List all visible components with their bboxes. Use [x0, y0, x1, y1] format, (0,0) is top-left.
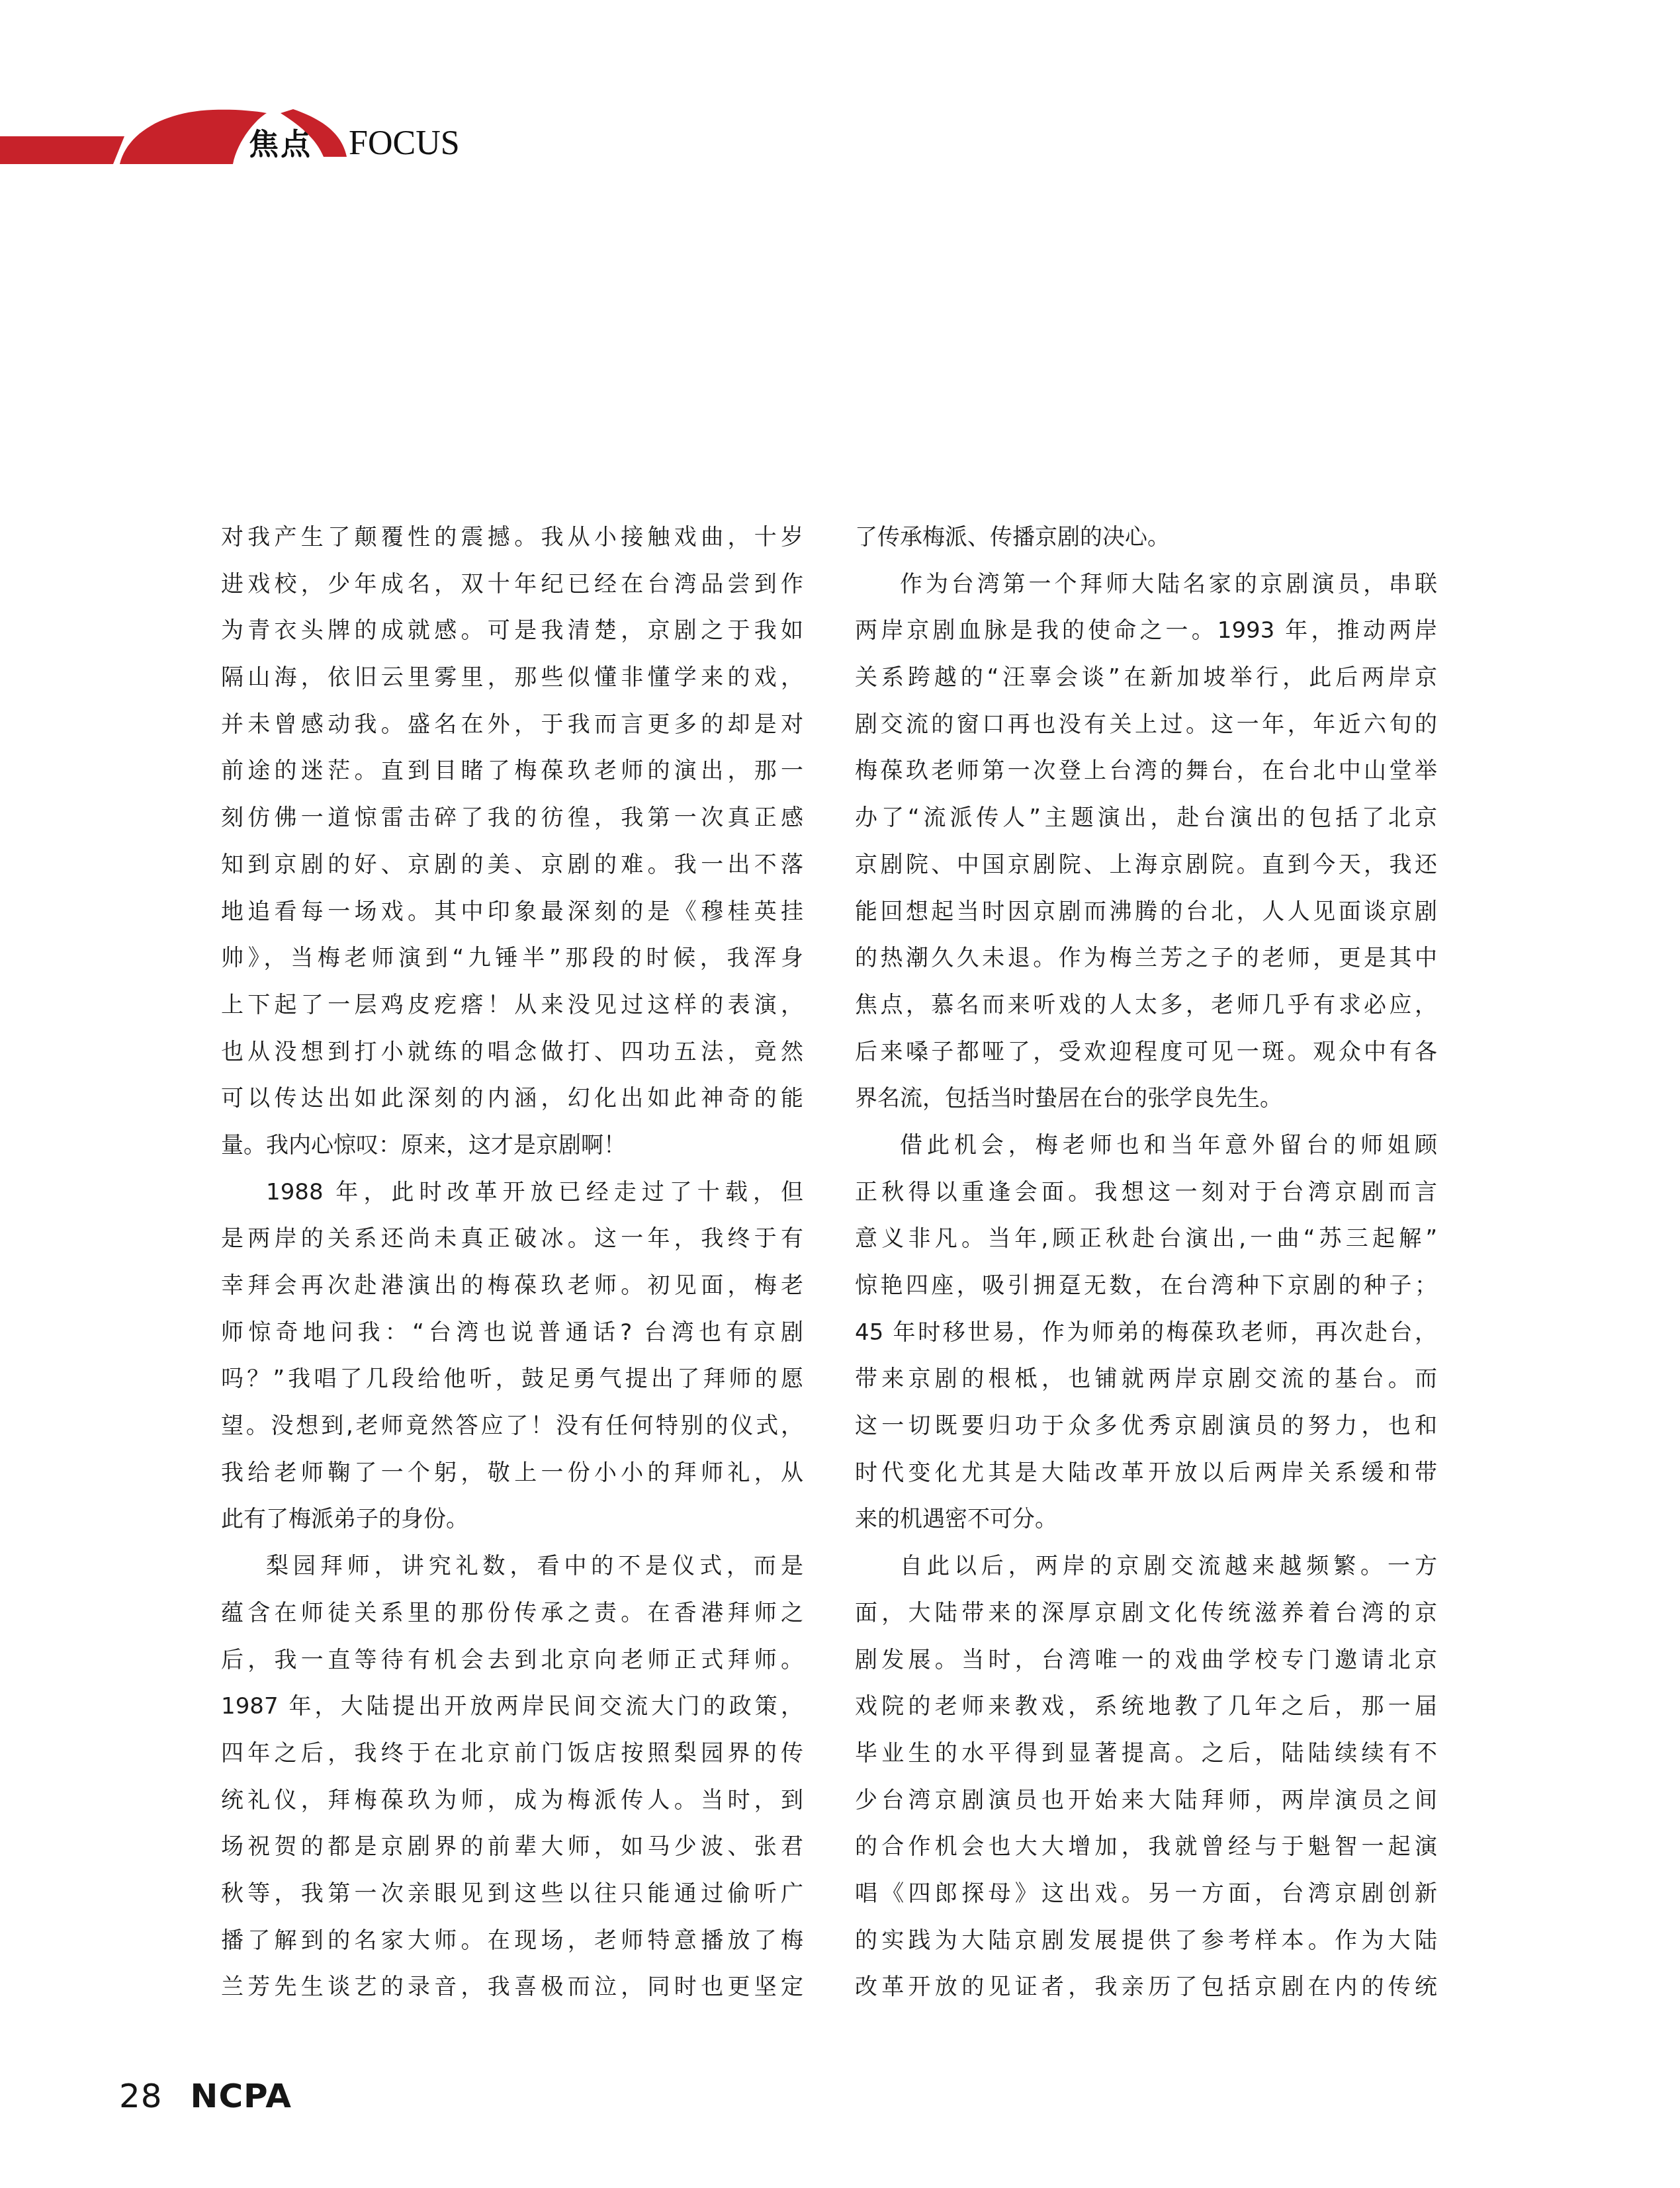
text-line: 知到京剧的好、京剧的美、京剧的难。我一出不落: [221, 842, 803, 889]
text-line: 对我产生了颠覆性的震撼。我从小接触戏曲，十岁: [221, 514, 803, 561]
text-line: 此有了梅派弟子的身份。: [221, 1496, 803, 1543]
text-line: 刻仿佛一道惊雷击碎了我的彷徨，我第一次真正感: [221, 795, 803, 842]
text-line: 也从没想到打小就练的唱念做打、四功五法，竟然: [221, 1029, 803, 1076]
text-line: 正秋得以重逢会面。我想这一刻对于台湾京剧而言: [855, 1169, 1437, 1216]
focus-banner-graphic: [0, 0, 1680, 212]
text-line: 可以传达出如此深刻的内涵，幻化出如此神奇的能: [221, 1075, 803, 1122]
text-line: 带来京剧的根柢，也铺就两岸京剧交流的基台。而: [855, 1356, 1437, 1403]
text-line: 少台湾京剧演员也开始来大陆拜师，两岸演员之间: [855, 1777, 1437, 1824]
text-line: 惊艳四座，吸引拥趸无数，在台湾种下京剧的种子；: [855, 1262, 1437, 1309]
text-line: 自此以后，两岸的京剧交流越来越频繁。一方: [855, 1543, 1437, 1590]
text-line: 改革开放的见证者，我亲历了包括京剧在内的传统: [855, 1964, 1437, 2011]
banner-red-bar: [0, 136, 124, 164]
text-line: 能回想起当时因京剧而沸腾的台北，人人见面谈京剧: [855, 889, 1437, 936]
text-line: 师惊奇地问我：“台湾也说普通话? 台湾也有京剧: [221, 1309, 803, 1356]
text-line: 播了解到的名家大师。在现场，老师特意播放了梅: [221, 1917, 803, 1964]
page-footer: 28 NCPA: [119, 2076, 292, 2116]
text-line: 京剧院、中国京剧院、上海京剧院。直到今天，我还: [855, 842, 1437, 889]
header-banner: 焦点 FOCUS: [0, 0, 1680, 212]
text-line: 隔山海，依旧云里雾里，那些似懂非懂学来的戏，: [221, 654, 803, 701]
text-line: 兰芳先生谈艺的录音，我喜极而泣，同时也更坚定: [221, 1964, 803, 2011]
text-line: 借此机会，梅老师也和当年意外留台的师姐顾: [855, 1122, 1437, 1169]
text-line: 的实践为大陆京剧发展提供了参考样本。作为大陆: [855, 1917, 1437, 1964]
text-line: 毕业生的水平得到显著提高。之后，陆陆续续有不: [855, 1730, 1437, 1777]
banner-arc-shape: [120, 110, 267, 164]
text-line: 了传承梅派、传播京剧的决心。: [855, 514, 1437, 561]
text-line: 后，我一直等待有机会去到北京向老师正式拜师。: [221, 1637, 803, 1684]
text-line: 地追看每一场戏。其中印象最深刻的是《穆桂英挂: [221, 889, 803, 936]
text-line: 两岸京剧血脉是我的使命之一。1993 年，推动两岸: [855, 607, 1437, 654]
text-line: 蕴含在师徒关系里的那份传承之责。在香港拜师之: [221, 1590, 803, 1637]
text-line: 梅葆玖老师第一次登上台湾的舞台，在台北中山堂举: [855, 748, 1437, 795]
text-line: 作为台湾第一个拜师大陆名家的京剧演员，串联: [855, 561, 1437, 608]
section-title-zh: 焦点: [249, 130, 312, 159]
text-line: 焦点，慕名而来听戏的人太多，老师几乎有求必应，: [855, 982, 1437, 1029]
text-line: 的热潮久久未退。作为梅兰芳之子的老师，更是其中: [855, 935, 1437, 982]
text-line: 剧发展。当时，台湾唯一的戏曲学校专门邀请北京: [855, 1637, 1437, 1684]
text-line: 为青衣头牌的成就感。可是我清楚，京剧之于我如: [221, 607, 803, 654]
text-line: 是两岸的关系还尚未真正破冰。这一年，我终于有: [221, 1215, 803, 1262]
text-line: 唱《四郎探母》这出戏。另一方面，台湾京剧创新: [855, 1870, 1437, 1917]
article-column-left: 对我产生了颠覆性的震撼。我从小接触戏曲，十岁进戏校，少年成名，双十年纪已经在台湾…: [221, 514, 803, 2011]
text-line: 戏院的老师来教戏，系统地教了几年之后，那一届: [855, 1683, 1437, 1730]
text-line: 后来嗓子都哑了，受欢迎程度可见一斑。观众中有各: [855, 1029, 1437, 1076]
text-line: 1988 年，此时改革开放已经走过了十载，但: [221, 1169, 803, 1216]
text-line: 界名流，包括当时蛰居在台的张学良先生。: [855, 1075, 1437, 1122]
text-line: 四年之后，我终于在北京前门饭店按照梨园界的传: [221, 1730, 803, 1777]
text-line: 1987 年，大陆提出开放两岸民间交流大门的政策，: [221, 1683, 803, 1730]
text-line: 进戏校，少年成名，双十年纪已经在台湾品尝到作: [221, 561, 803, 608]
text-line: 幸拜会再次赴港演出的梅葆玖老师。初见面，梅老: [221, 1262, 803, 1309]
text-line: 梨园拜师，讲究礼数，看中的不是仪式，而是: [221, 1543, 803, 1590]
text-line: 统礼仪，拜梅葆玖为师，成为梅派传人。当时，到: [221, 1777, 803, 1824]
text-line: 的合作机会也大大增加，我就曾经与于魁智一起演: [855, 1823, 1437, 1870]
magazine-page: { "page": { "width": 2539, "height": 330…: [0, 0, 1680, 2188]
page-number: 28: [119, 2077, 163, 2115]
text-line: 场祝贺的都是京剧界的前辈大师，如马少波、张君: [221, 1823, 803, 1870]
text-line: 上下起了一层鸡皮疙瘩！从来没见过这样的表演，: [221, 982, 803, 1029]
article-column-right: 了传承梅派、传播京剧的决心。作为台湾第一个拜师大陆名家的京剧演员，串联两岸京剧血…: [855, 514, 1437, 2011]
text-line: 并未曾感动我。盛名在外，于我而言更多的却是对: [221, 701, 803, 748]
text-line: 45 年时移世易，作为师弟的梅葆玖老师，再次赴台，: [855, 1309, 1437, 1356]
text-line: 时代变化尤其是大陆改革开放以后两岸关系缓和带: [855, 1450, 1437, 1497]
magazine-code: NCPA: [191, 2077, 292, 2115]
text-line: 意义非凡。当年,顾正秋赴台演出,一曲“苏三起解”: [855, 1215, 1437, 1262]
text-line: 剧交流的窗口再也没有关上过。这一年，年近六旬的: [855, 701, 1437, 748]
text-line: 帅》，当梅老师演到“九锤半”那段的时候，我浑身: [221, 935, 803, 982]
text-line: 我给老师鞠了一个躬，敬上一份小小的拜师礼，从: [221, 1450, 803, 1497]
text-line: 量。我内心惊叹：原来，这才是京剧啊！: [221, 1122, 803, 1169]
text-line: 面，大陆带来的深厚京剧文化传统滋养着台湾的京: [855, 1590, 1437, 1637]
text-line: 前途的迷茫。直到目睹了梅葆玖老师的演出，那一: [221, 748, 803, 795]
text-line: 来的机遇密不可分。: [855, 1496, 1437, 1543]
text-line: 望。没想到,老师竟然答应了！没有任何特别的仪式，: [221, 1403, 803, 1450]
text-line: 吗？”我唱了几段给他听，鼓足勇气提出了拜师的愿: [221, 1356, 803, 1403]
text-line: 办了“流派传人”主题演出，赴台演出的包括了北京: [855, 795, 1437, 842]
text-line: 秋等，我第一次亲眼见到这些以往只能通过偷听广: [221, 1870, 803, 1917]
text-line: 关系跨越的“汪辜会谈”在新加坡举行，此后两岸京: [855, 654, 1437, 701]
section-title-en: FOCUS: [349, 126, 460, 161]
text-line: 这一切既要归功于众多优秀京剧演员的努力，也和: [855, 1403, 1437, 1450]
